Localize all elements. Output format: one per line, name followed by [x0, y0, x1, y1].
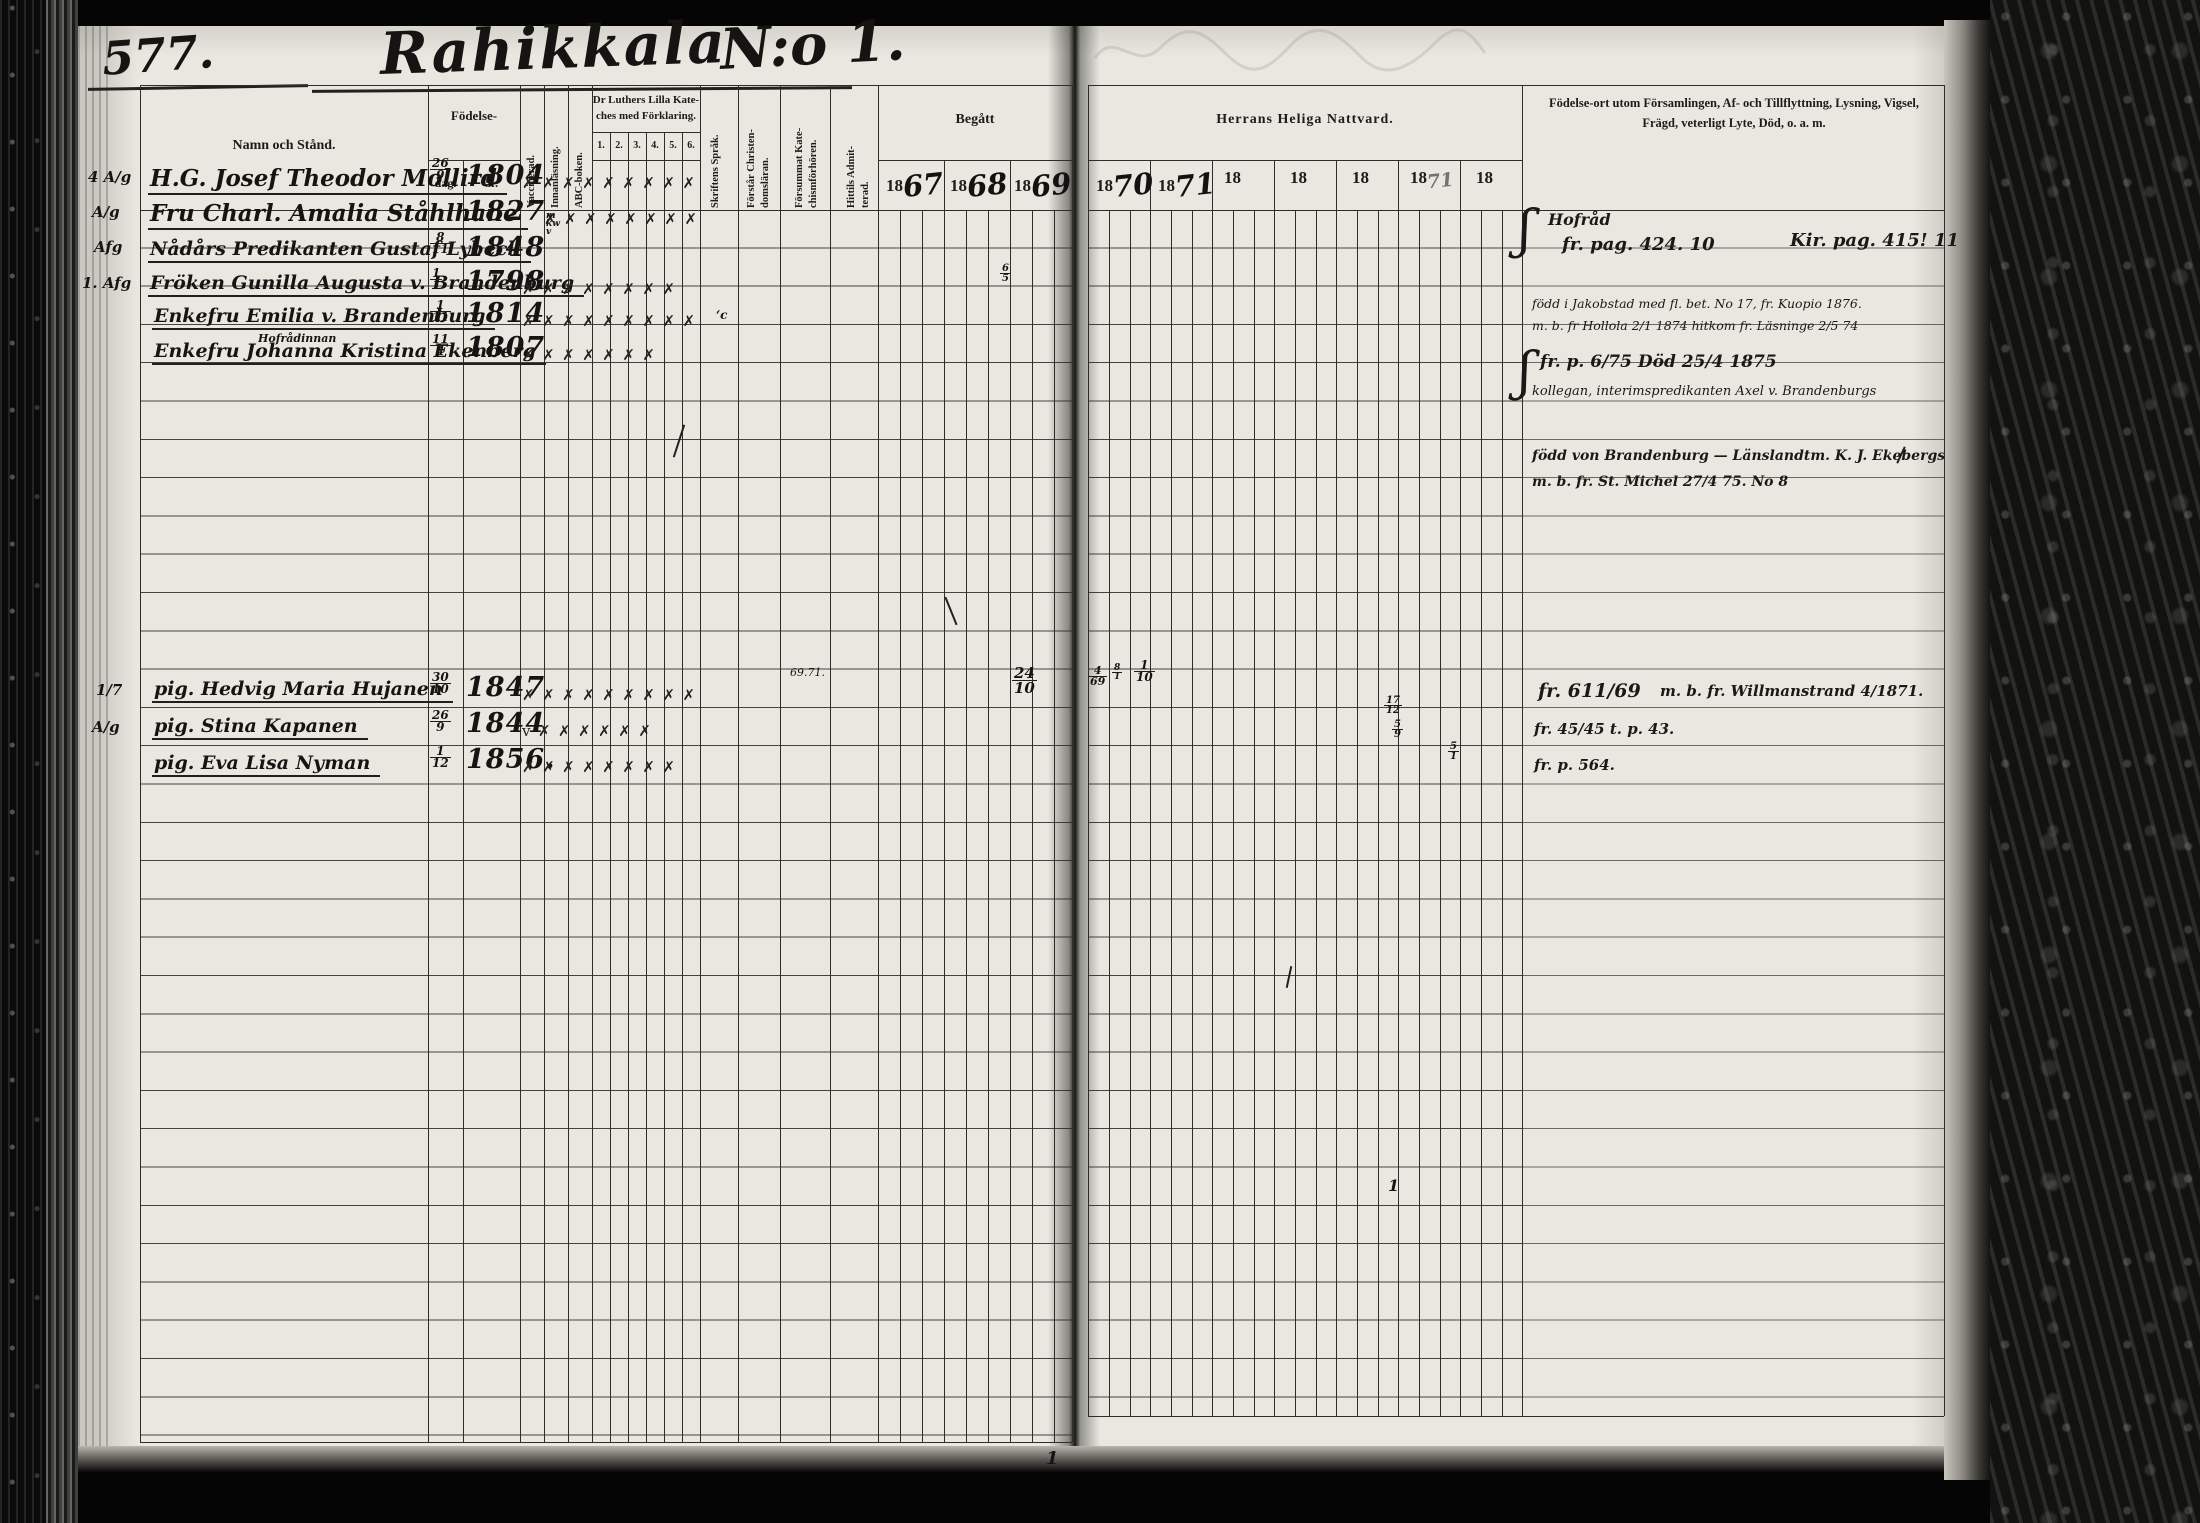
stray-ink-numeral: 1 — [1388, 1176, 1399, 1195]
page-number: 577. — [100, 24, 216, 86]
communion-note: 69.71. — [790, 666, 825, 679]
year-printed: 18 — [950, 176, 967, 195]
birth-day-fraction: 114 — [430, 334, 451, 357]
mark-den: 1 — [1112, 673, 1122, 681]
margin-note: 4 A/g — [88, 168, 136, 186]
grid-vline — [900, 210, 901, 1442]
col-header-missed-examinations-line2: chismförhören. — [808, 92, 819, 208]
birth-month: 1 — [430, 280, 442, 291]
annotation-page-ref: fr. 45/45 t. p. 43. — [1534, 720, 1674, 738]
col-header-catechism-6: 6. — [682, 140, 700, 151]
scanned-parish-register-page: 577. Rahikkala N:o 1. Namn och Stånd. Fö… — [0, 0, 2200, 1523]
col-header-scripture-language: Skriftens Språk. — [710, 92, 721, 208]
year-printed: 18 — [1290, 168, 1307, 187]
birth-day-fraction: 269 — [430, 710, 451, 733]
year-handwritten: 67 — [901, 166, 945, 204]
grid-vline — [1460, 160, 1461, 1416]
year-cell-18-blank3: 18 — [1352, 168, 1369, 188]
grid-vline — [944, 160, 945, 1442]
col-header-catechism-line1: Dr Luthers Lilla Kate- — [592, 94, 700, 106]
annotation-page-ref: fr. p. 564. — [1534, 756, 1615, 774]
catechism-marks: ✗✗✗✗✗✗✗ — [522, 346, 662, 364]
communion-date-mark: 65 — [1000, 264, 1011, 283]
birth-month: 12 — [430, 758, 451, 769]
grid-vline — [1233, 210, 1234, 1416]
annotation-death: fr. p. 6/75 Död 25/4 1875 — [1540, 352, 1777, 372]
col-header-name: Namn och Stånd. — [140, 138, 428, 154]
grid-hline — [1088, 85, 1944, 86]
grid-vline — [1088, 85, 1089, 1416]
col-header-catechism-2: 2. — [610, 140, 628, 151]
annotation-page-ref: fr. pag. 424. 10 — [1562, 234, 1715, 255]
book-cover-marble-right — [1990, 0, 2200, 1523]
annotation-brace: ʃ — [1518, 200, 1532, 260]
year-handwritten: 70 — [1111, 166, 1155, 204]
grid-vline — [1150, 160, 1151, 1416]
year-cell-1869: 1869 — [1014, 168, 1071, 202]
grid-hline — [592, 160, 700, 161]
communion-date-mark: 59 — [1392, 720, 1403, 739]
annotation-migration: m. b. fr. St. Michel 27/4 75. No 8 — [1532, 474, 1788, 490]
mark-den: 10 — [1134, 672, 1155, 683]
grid-vline — [1130, 210, 1131, 1416]
grid-hline — [1088, 210, 1944, 211]
communion-date-mark: 469 — [1088, 666, 1107, 687]
year-handwritten: 68 — [965, 166, 1009, 204]
annotation-migration: m. b. fr Hollola 2/1 1874 hitkom fr. Läs… — [1532, 318, 1858, 333]
mark-den: 9 — [1392, 730, 1403, 739]
annotation-migration: m. b. fr. Willmanstrand 4/1871. — [1660, 682, 1923, 700]
birth-month: 9 — [430, 170, 451, 181]
margin-note: 1. Afg — [82, 274, 136, 292]
birth-day-fraction: 111 — [430, 300, 451, 323]
margin-note: Afg — [94, 238, 136, 256]
annotation-hofrad: Hofråd — [1548, 210, 1611, 229]
communion-date-mark: 110 — [1134, 660, 1155, 683]
cell-note-small: ʻc — [716, 308, 727, 322]
annotation-birthplace: född von Brandenburg — Länslandtm. K. J.… — [1532, 448, 1945, 464]
birth-year: 1827 — [466, 196, 545, 227]
grid-vline — [1522, 85, 1523, 1416]
col-header-catechism-3: 3. — [628, 140, 646, 151]
ruled-rows-right-page — [1088, 210, 1522, 1416]
birth-day-fraction: 11 — [430, 268, 442, 291]
grid-vline — [1295, 210, 1296, 1416]
year-printed: 18 — [1096, 176, 1113, 195]
col-header-understands-doctrine-line1: Förstår Christen- — [746, 92, 757, 208]
year-cell-18-blank1: 18 — [1224, 168, 1241, 188]
col-header-missed-examinations-line1: Försummat Kate- — [794, 92, 805, 208]
annotation-relation: kollegan, interimspredikanten Axel v. Br… — [1532, 384, 1876, 399]
col-header-catechism-1: 1. — [592, 140, 610, 151]
stray-ink-numeral: 1 — [1046, 1448, 1059, 1469]
grid-vline — [1398, 160, 1399, 1416]
grid-hline — [140, 1442, 1072, 1443]
catechism-marks: v✗✗✗✗✗✗ — [522, 722, 658, 740]
margin-note: 1/7 — [96, 681, 136, 699]
grid-vline — [738, 85, 739, 1442]
birth-month: 10 — [430, 684, 451, 695]
grid-vline — [1032, 210, 1033, 1442]
grid-hline — [1088, 1416, 1944, 1417]
col-header-communion-taken: Begått — [878, 112, 1072, 128]
col-header-understands-doctrine-line2: domsläran. — [760, 92, 771, 208]
grid-vline — [1274, 160, 1275, 1416]
catechism-marks: ✗✗✗✗✗✗✗✗ — [522, 758, 683, 776]
annotation-page-ref: Kir. pag. 415! 11 — [1790, 230, 1959, 251]
year-printed: 18 — [1224, 168, 1241, 187]
grid-vline — [922, 210, 923, 1442]
grid-vline — [1419, 210, 1420, 1416]
grid-vline — [1010, 160, 1011, 1442]
mark-den: 12 — [1384, 706, 1402, 715]
birth-month: 4 — [430, 346, 451, 357]
col-header-catechism-5: 5. — [664, 140, 682, 151]
year-cell-1868: 1868 — [950, 168, 1007, 202]
col-header-catechism-4: 4. — [646, 140, 664, 151]
grid-hline — [592, 132, 700, 133]
grid-vline — [1336, 160, 1337, 1416]
col-header-annotations-line2: Frägd, veterligt Lyte, Död, o. a. m. — [1524, 116, 1944, 131]
grid-vline — [966, 210, 967, 1442]
catechism-marks: ✗✗✗✗✗✗✗✗✗ — [522, 312, 703, 330]
page-stack-edge-left — [46, 0, 78, 1523]
grid-vline — [1944, 85, 1945, 1416]
year-printed: 18 — [886, 176, 903, 195]
entry-name: pig. Eva Lisa Nyman — [152, 752, 380, 777]
cell-note-small: m kw v — [546, 212, 560, 236]
catechism-marks: ✗✗✗✗✗✗✗✗✗ — [522, 174, 703, 192]
ruled-rows-left-page — [140, 210, 1072, 1442]
year-handwritten: 69 — [1029, 166, 1073, 204]
year-printed: 18 — [1352, 168, 1369, 187]
year-cell-18-71-faint: 1871 — [1410, 168, 1453, 192]
birth-day-fraction: 269 — [430, 158, 451, 181]
year-printed: 18 — [1410, 168, 1427, 187]
bleed-through-writing — [1090, 18, 1490, 78]
grid-vline — [1502, 210, 1503, 1416]
catechism-marks: ✗✗✗✗✗✗✗✗✗ — [522, 686, 703, 704]
birth-month: 9 — [430, 722, 451, 733]
birth-day-fraction: 3010 — [430, 672, 451, 695]
margin-note: A/g — [92, 718, 136, 736]
entry-name: pig. Hedvig Maria Hujanen — [152, 678, 453, 703]
year-cell-1867: 1867 — [886, 168, 943, 202]
annotation-birthplace: född i Jakobstad med fl. bet. No 17, fr.… — [1532, 296, 1862, 311]
year-handwritten: 71 — [1173, 166, 1217, 204]
page-title-number: N:o 1. — [718, 7, 906, 83]
grid-vline — [780, 85, 781, 1442]
catechism-marks: ✗✗✗✗✗✗✗✗ — [522, 280, 683, 298]
catechism-marks: ✗✗✗✗✗✗✗✗ — [544, 210, 705, 228]
grid-vline — [830, 85, 831, 1442]
grid-vline — [140, 85, 141, 1442]
col-header-annotations-line1: Födelse-ort utom Församlingen, Af- och T… — [1524, 96, 1944, 111]
page-title: Rahikkala — [379, 8, 728, 88]
grid-vline — [1171, 210, 1172, 1416]
year-handwritten-faint: 71 — [1426, 169, 1455, 194]
grid-vline — [1316, 210, 1317, 1416]
grid-hline — [878, 160, 1072, 161]
col-header-hitherto-admitted-line2: terad. — [860, 92, 871, 208]
col-header-catechism-line2: ches med Förklaring. — [592, 110, 700, 122]
grid-vline — [1212, 160, 1213, 1416]
grid-hline — [1088, 160, 1522, 161]
year-cell-1870: 1870 — [1096, 168, 1153, 202]
annotation-brace: ʃ — [1518, 342, 1532, 402]
grid-vline — [1254, 210, 1255, 1416]
grid-hline — [140, 85, 1072, 86]
col-header-holy-communion: Herrans Heliga Nattvard. — [1088, 112, 1522, 128]
grid-vline — [1440, 210, 1441, 1416]
year-printed: 18 — [1158, 176, 1175, 195]
annotation-page-ref: fr. 611/69 — [1538, 680, 1641, 702]
grid-vline — [878, 85, 879, 1442]
mark-den: 10 — [1012, 681, 1037, 695]
communion-date-mark: 1712 — [1384, 696, 1402, 715]
page-bottom-curve — [78, 1446, 1962, 1472]
grid-vline — [1192, 210, 1193, 1416]
margin-note: A/g — [92, 203, 136, 221]
year-printed: 18 — [1014, 176, 1031, 195]
grid-vline — [1357, 210, 1358, 1416]
mark-den: 1 — [1448, 752, 1459, 761]
entry-name: pig. Stina Kapanen — [152, 715, 368, 740]
birth-day-fraction: 112 — [430, 746, 451, 769]
grid-vline — [1109, 210, 1110, 1416]
birth-year: 1848 — [466, 232, 545, 263]
communion-date-mark: 2410 — [1012, 666, 1037, 695]
grid-vline — [1378, 210, 1379, 1416]
grid-vline — [988, 210, 989, 1442]
birth-day-fraction: 811 — [430, 232, 451, 255]
birth-month: 11 — [430, 244, 451, 255]
year-printed: 18 — [1476, 168, 1493, 187]
grid-vline — [1054, 210, 1055, 1442]
grid-vline — [700, 85, 701, 1442]
mark-den: 5 — [1000, 274, 1011, 283]
grid-vline — [1481, 210, 1482, 1416]
book-cover-marble-left — [0, 0, 46, 1523]
grid-vline — [1072, 85, 1073, 1442]
col-header-birth: Födelse- — [428, 108, 520, 124]
communion-date-mark: 81 — [1112, 664, 1122, 681]
birth-month: 11 — [430, 312, 451, 323]
mark-den: 69 — [1088, 677, 1107, 687]
year-cell-18-blank4: 18 — [1476, 168, 1493, 188]
col-header-hitherto-admitted-line1: Hittils Admit- — [846, 92, 857, 208]
year-cell-18-blank2: 18 — [1290, 168, 1307, 188]
year-cell-1871: 1871 — [1158, 168, 1215, 202]
communion-date-mark: 51 — [1448, 742, 1459, 761]
entry-name: H.G. Josef Theodor Mollird — [148, 165, 507, 195]
